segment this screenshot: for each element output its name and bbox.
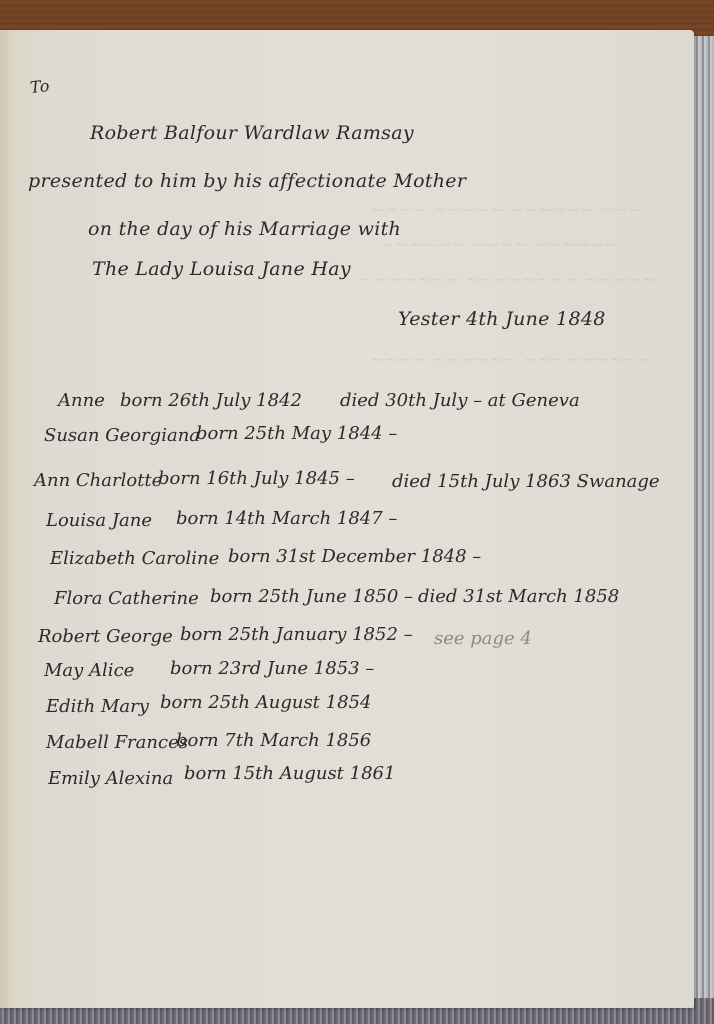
entry-born: born 7th March 1856: [176, 730, 371, 751]
entry-name: Anne: [58, 390, 105, 411]
entry-born: born 23rd June 1853 –: [170, 658, 374, 679]
bleed-through-text: ~~~~~~ ~~~~ ~~~~~~: [380, 235, 619, 255]
entry-born: born 25th May 1844 –: [196, 423, 397, 444]
pencil-note: see page 4: [434, 628, 532, 649]
dedication-recipient: Robert Balfour Wardlaw Ramsay: [90, 122, 414, 144]
dedication-place-date: Yester 4th June 1848: [398, 308, 606, 330]
dedication-line-2: on the day of his Marriage with: [88, 218, 401, 240]
entry-born: born 26th July 1842: [120, 390, 302, 411]
bleed-through-text: ~~~~ ~~~~~ ~~~~~~ ~~~: [370, 200, 643, 220]
entry-note: died 15th July 1863 Swanage: [392, 471, 660, 492]
entry-name: Mabell Frances: [46, 732, 188, 753]
entry-name: Edith Mary: [46, 696, 149, 717]
entry-name: Louisa Jane: [46, 510, 152, 531]
entry-born: born 25th June 1850 –: [210, 586, 413, 607]
entry-name: Robert George: [38, 626, 173, 647]
entry-born: born 14th March 1847 –: [176, 508, 397, 529]
manuscript-page: ~~~~ ~~~~~ ~~~~~~ ~~~ ~~~~~~ ~~~~ ~~~~~~…: [0, 30, 694, 1008]
entry-name: Susan Georgiana: [44, 425, 200, 446]
bleed-through-text: ~~~~~~~ ~~~~~~~~ ~~~~~: [360, 270, 656, 290]
entry-note: died 30th July – at Geneva: [340, 390, 580, 411]
entry-name: Flora Catherine: [54, 588, 199, 609]
entry-born: born 31st December 1848 –: [228, 546, 481, 567]
dedication-to: To: [29, 76, 51, 97]
entry-note: died 31st March 1858: [418, 586, 619, 607]
dedication-line-1: presented to him by his affectionate Mot…: [28, 170, 466, 192]
entry-name: May Alice: [44, 660, 134, 681]
bleed-through-text: ~~~~ ~~~~~~ ~~~~~~~~~: [370, 350, 651, 370]
entry-born: born 25th August 1854: [160, 692, 371, 713]
entry-born: born 15th August 1861: [184, 763, 395, 784]
entry-born: born 16th July 1845 –: [158, 468, 355, 489]
entry-name: Elizabeth Caroline: [50, 548, 219, 569]
dedication-line-3: The Lady Louisa Jane Hay: [92, 258, 351, 280]
entry-name: Emily Alexina: [48, 768, 173, 789]
entry-name: Ann Charlotte: [34, 470, 162, 491]
entry-born: born 25th January 1852 –: [180, 624, 413, 645]
